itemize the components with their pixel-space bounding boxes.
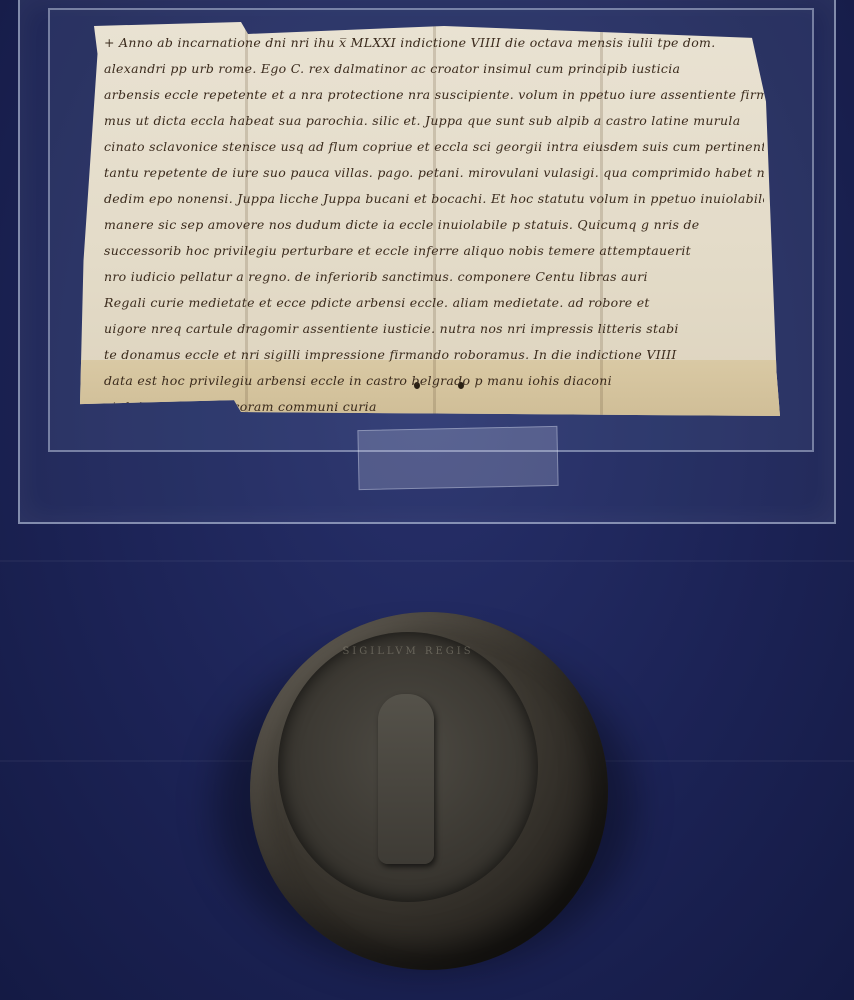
charter-line: data est hoc privilegiu arbensi eccle in… (104, 368, 764, 394)
charter-line: Regali curie medietate et ecce pdicte ar… (104, 290, 764, 316)
cloth-fold (0, 560, 854, 562)
charter-line: mus ut dicta eccla habeat sua parochia. … (104, 108, 764, 134)
charter-line: manere sic sep amovere nos dudum dicte i… (104, 212, 764, 238)
seal-standing-figure (378, 694, 434, 864)
charter-line: te donamus eccle et nri sigilli impressi… (104, 342, 764, 368)
adhesive-tape (357, 426, 558, 490)
charter-line: alexandri pp urb rome. Ego C. rex dalmat… (104, 56, 764, 82)
charter-text: + Anno ab incarnatione dni nri ihu x̅ ML… (104, 30, 764, 420)
wax-seal: SIGILLVM REGIS (250, 612, 608, 970)
charter-line: uigore nreq cartule dragomir assentiente… (104, 316, 764, 342)
charter-line: nro iudicio pellatur a regno. de inferio… (104, 264, 764, 290)
seal-legend: SIGILLVM REGIS (278, 646, 538, 657)
seal-impression: SIGILLVM REGIS (278, 632, 538, 902)
charter-line: successorib hoc privilegiu perturbare et… (104, 238, 764, 264)
charter-line: arbensis eccle repetente et a nra protec… (104, 82, 764, 108)
charter-parchment: + Anno ab incarnatione dni nri ihu x̅ ML… (80, 22, 780, 420)
charter-line: tantu repetente de iure suo pauca villas… (104, 160, 764, 186)
charter-line: dedim epo nonensi. Juppa licche Juppa bu… (104, 186, 764, 212)
charter-line: cinato sclavonice stenisce usq ad flum c… (104, 134, 764, 160)
